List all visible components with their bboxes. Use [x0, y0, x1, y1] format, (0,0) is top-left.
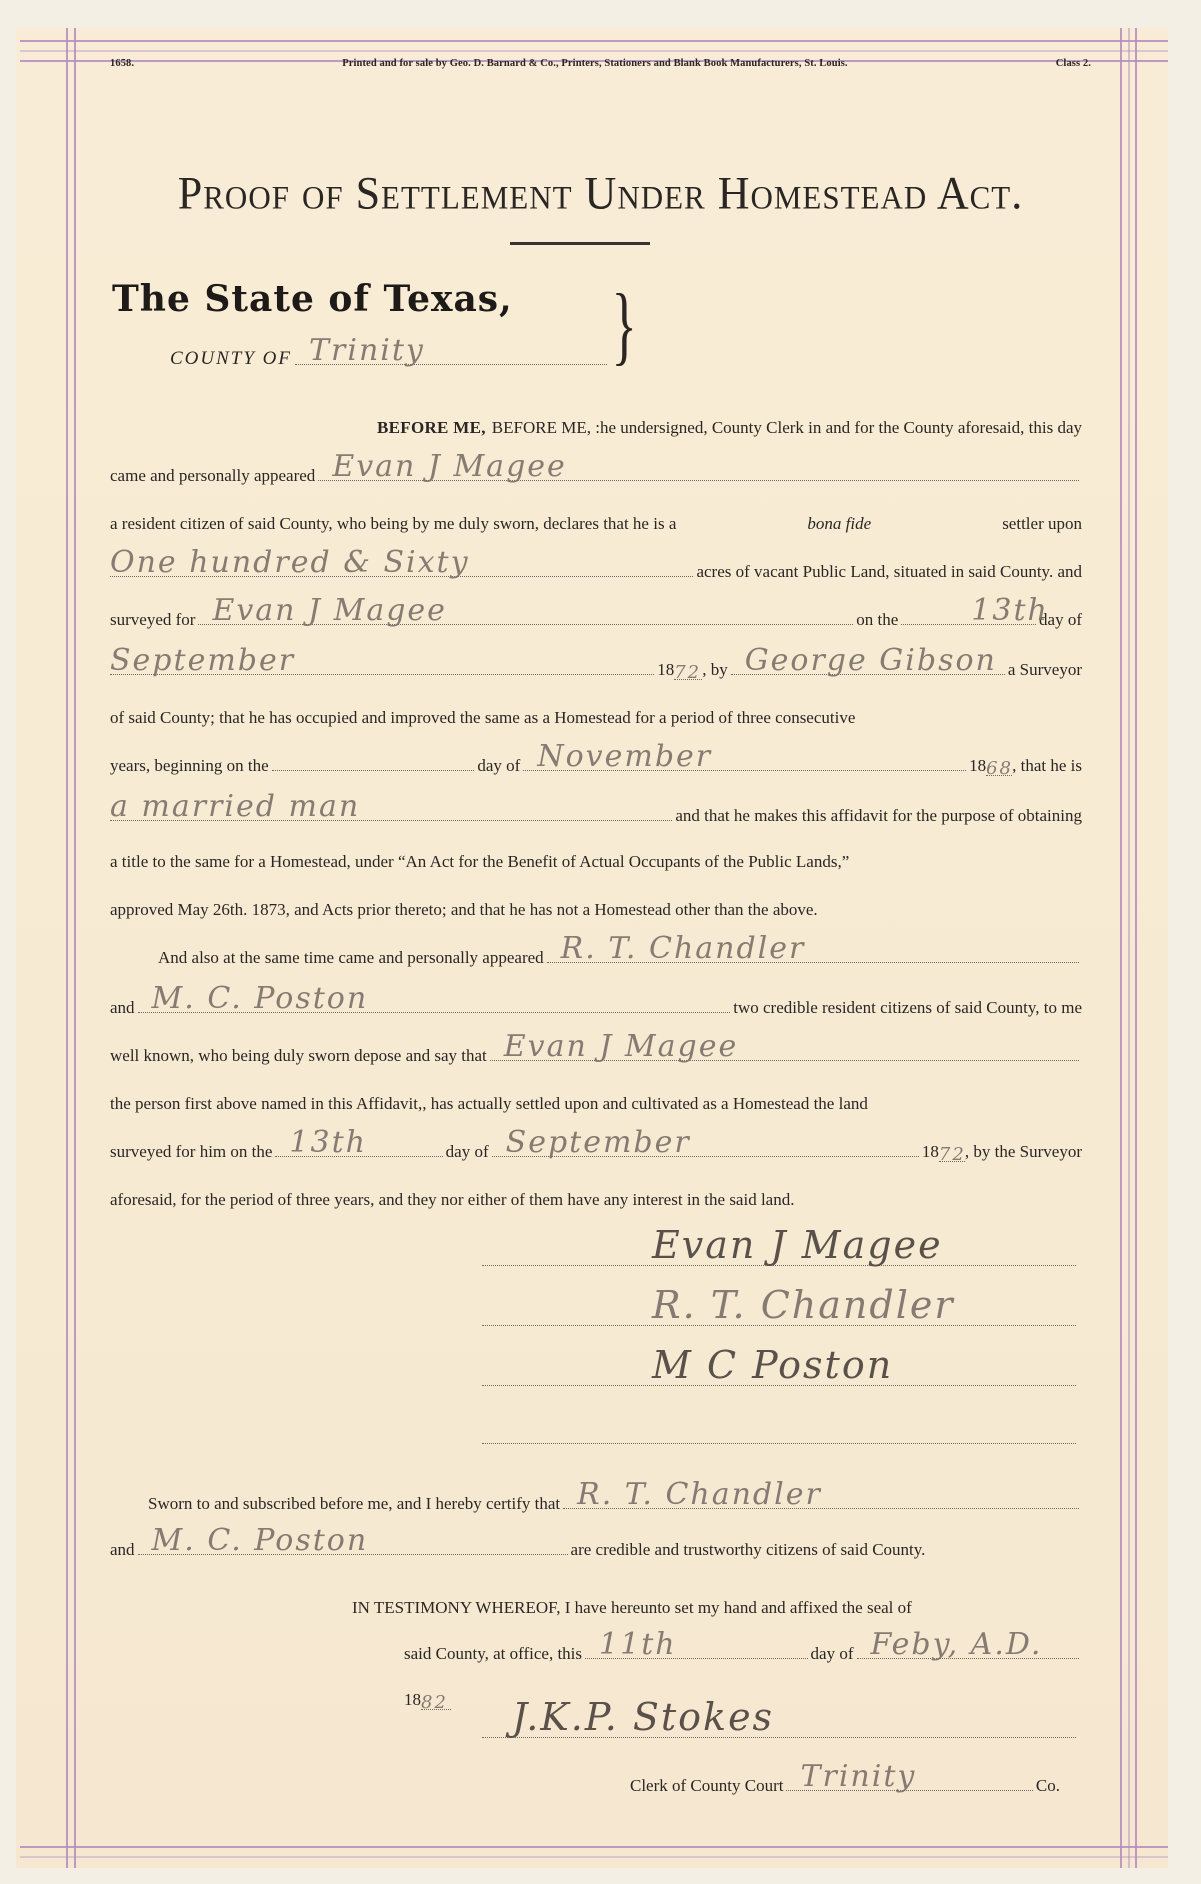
- acres-field[interactable]: One hundred & Sixty: [110, 575, 693, 577]
- settled-month-field[interactable]: September: [492, 1155, 919, 1157]
- body-line-6: September 18 72 , by George Gibson a Sur…: [110, 660, 1082, 680]
- border-right-rule-3: [1135, 28, 1137, 1868]
- body-line-16: surveyed for him on the 13th day of Sept…: [110, 1142, 1082, 1162]
- witness-2-field[interactable]: M. C. Poston: [138, 1011, 731, 1013]
- body-line-5: surveyed for Evan J Magee on the 13th da…: [110, 610, 1082, 630]
- border-right-rule-2: [1128, 28, 1130, 1868]
- survey-year-field[interactable]: 72: [674, 678, 702, 680]
- jurat-witness-1-field[interactable]: R. T. Chandler: [563, 1507, 1079, 1509]
- jurat-witness-2-field[interactable]: M. C. Poston: [138, 1553, 568, 1555]
- title-divider: [510, 242, 650, 245]
- beginning-month-field[interactable]: November: [523, 769, 966, 771]
- settled-day-field[interactable]: 13th: [275, 1155, 442, 1157]
- body-line-8: years, beginning on the day of November …: [110, 756, 1082, 776]
- settler-name-field[interactable]: Evan J Magee: [490, 1059, 1079, 1061]
- body-line-17: aforesaid, for the period of three years…: [110, 1190, 1082, 1210]
- testimony-month-field[interactable]: Feby, A.D.: [857, 1657, 1080, 1659]
- county-value: Trinity: [309, 333, 425, 368]
- state-heading: The State of Texas,: [112, 278, 513, 320]
- clerk-signature-line[interactable]: J.K.P. Stokes: [482, 1736, 1076, 1738]
- witness-1-field[interactable]: R. T. Chandler: [547, 961, 1079, 963]
- printer-credit: Printed and for sale by Geo. D. Barnard …: [342, 58, 847, 69]
- signature-line-blank[interactable]: [482, 1442, 1076, 1444]
- form-number: 1658.: [110, 58, 134, 69]
- body-line-9: a married man and that he makes this aff…: [110, 806, 1082, 826]
- jurat-line-1: Sworn to and subscribed before me, and I…: [148, 1494, 1082, 1514]
- testimony-line-1: IN TESTIMONY WHEREOF, I have hereunto se…: [352, 1598, 1082, 1618]
- body-line-12: And also at the same time came and perso…: [158, 948, 1082, 968]
- settled-year-field[interactable]: 72: [939, 1160, 965, 1162]
- page-title: Proof of Settlement Under Homestead Act.: [0, 167, 1201, 221]
- body-line-3: a resident citizen of said County, who b…: [110, 514, 1082, 534]
- beginning-year-field[interactable]: 68: [986, 774, 1012, 776]
- testimony-year-field[interactable]: 82: [421, 1708, 451, 1710]
- body-line-13: and M. C. Poston two credible resident c…: [110, 998, 1082, 1018]
- beginning-day-field[interactable]: [272, 769, 475, 771]
- survey-day-field[interactable]: 13th: [901, 623, 1036, 625]
- body-line-1-text: BEFORE ME, :he undersigned, County Clerk…: [492, 418, 1082, 438]
- clerk-line: Clerk of County Court Trinity Co.: [630, 1776, 1060, 1796]
- border-top-rule-2: [20, 50, 1168, 52]
- jurat-line-2: and M. C. Poston are credible and trustw…: [110, 1540, 1082, 1560]
- body-line-14: well known, who being duly sworn depose …: [110, 1046, 1082, 1066]
- body-line-7: of said County; that he has occupied and…: [110, 708, 1082, 728]
- body-line-1: BEFORE ME, BEFORE ME, :he undersigned, C…: [110, 418, 1082, 438]
- county-row: COUNTY OF Trinity: [170, 348, 610, 370]
- form-class: Class 2.: [1056, 58, 1091, 69]
- body-line-15: the person first above named in this Aff…: [110, 1094, 1082, 1114]
- border-bottom-rule: [20, 1846, 1168, 1848]
- body-line-10: a title to the same for a Homestead, und…: [110, 852, 1082, 872]
- county-label: COUNTY OF: [170, 348, 292, 370]
- brace-icon: }: [611, 282, 636, 370]
- border-bottom-rule-2: [20, 1856, 1168, 1858]
- testimony-day-field[interactable]: 11th: [585, 1657, 808, 1659]
- body-line-2: came and personally appeared Evan J Mage…: [110, 466, 1082, 486]
- survey-month-field[interactable]: September: [110, 673, 654, 675]
- border-top-rule: [20, 40, 1168, 42]
- border-left-rule-2: [74, 28, 76, 1868]
- printer-header: 1658. Printed and for sale by Geo. D. Ba…: [110, 58, 1091, 69]
- county-field[interactable]: Trinity: [295, 363, 607, 365]
- testimony-line-2: said County, at office, this 11th day of…: [404, 1644, 1082, 1664]
- border-left-rule: [66, 28, 68, 1868]
- clerk-county-field[interactable]: Trinity: [786, 1789, 1032, 1791]
- border-right-rule: [1120, 28, 1122, 1868]
- surveyor-name-field[interactable]: George Gibson: [731, 673, 1005, 675]
- body-line-11: approved May 26th. 1873, and Acts prior …: [110, 900, 1082, 920]
- body-line-4: One hundred & Sixty acres of vacant Publ…: [110, 562, 1082, 582]
- marital-status-field[interactable]: a married man: [110, 819, 672, 821]
- testimony-line-3: 18 82: [404, 1690, 504, 1710]
- appeared-name-field[interactable]: Evan J Magee: [318, 479, 1079, 481]
- before-me: BEFORE ME,: [377, 418, 486, 437]
- signature-line-witness-2[interactable]: M C Poston: [482, 1384, 1076, 1386]
- signature-line-witness-1[interactable]: R. T. Chandler: [482, 1324, 1076, 1326]
- signature-line-settler[interactable]: Evan J Magee: [482, 1264, 1076, 1266]
- surveyed-for-field[interactable]: Evan J Magee: [198, 623, 853, 625]
